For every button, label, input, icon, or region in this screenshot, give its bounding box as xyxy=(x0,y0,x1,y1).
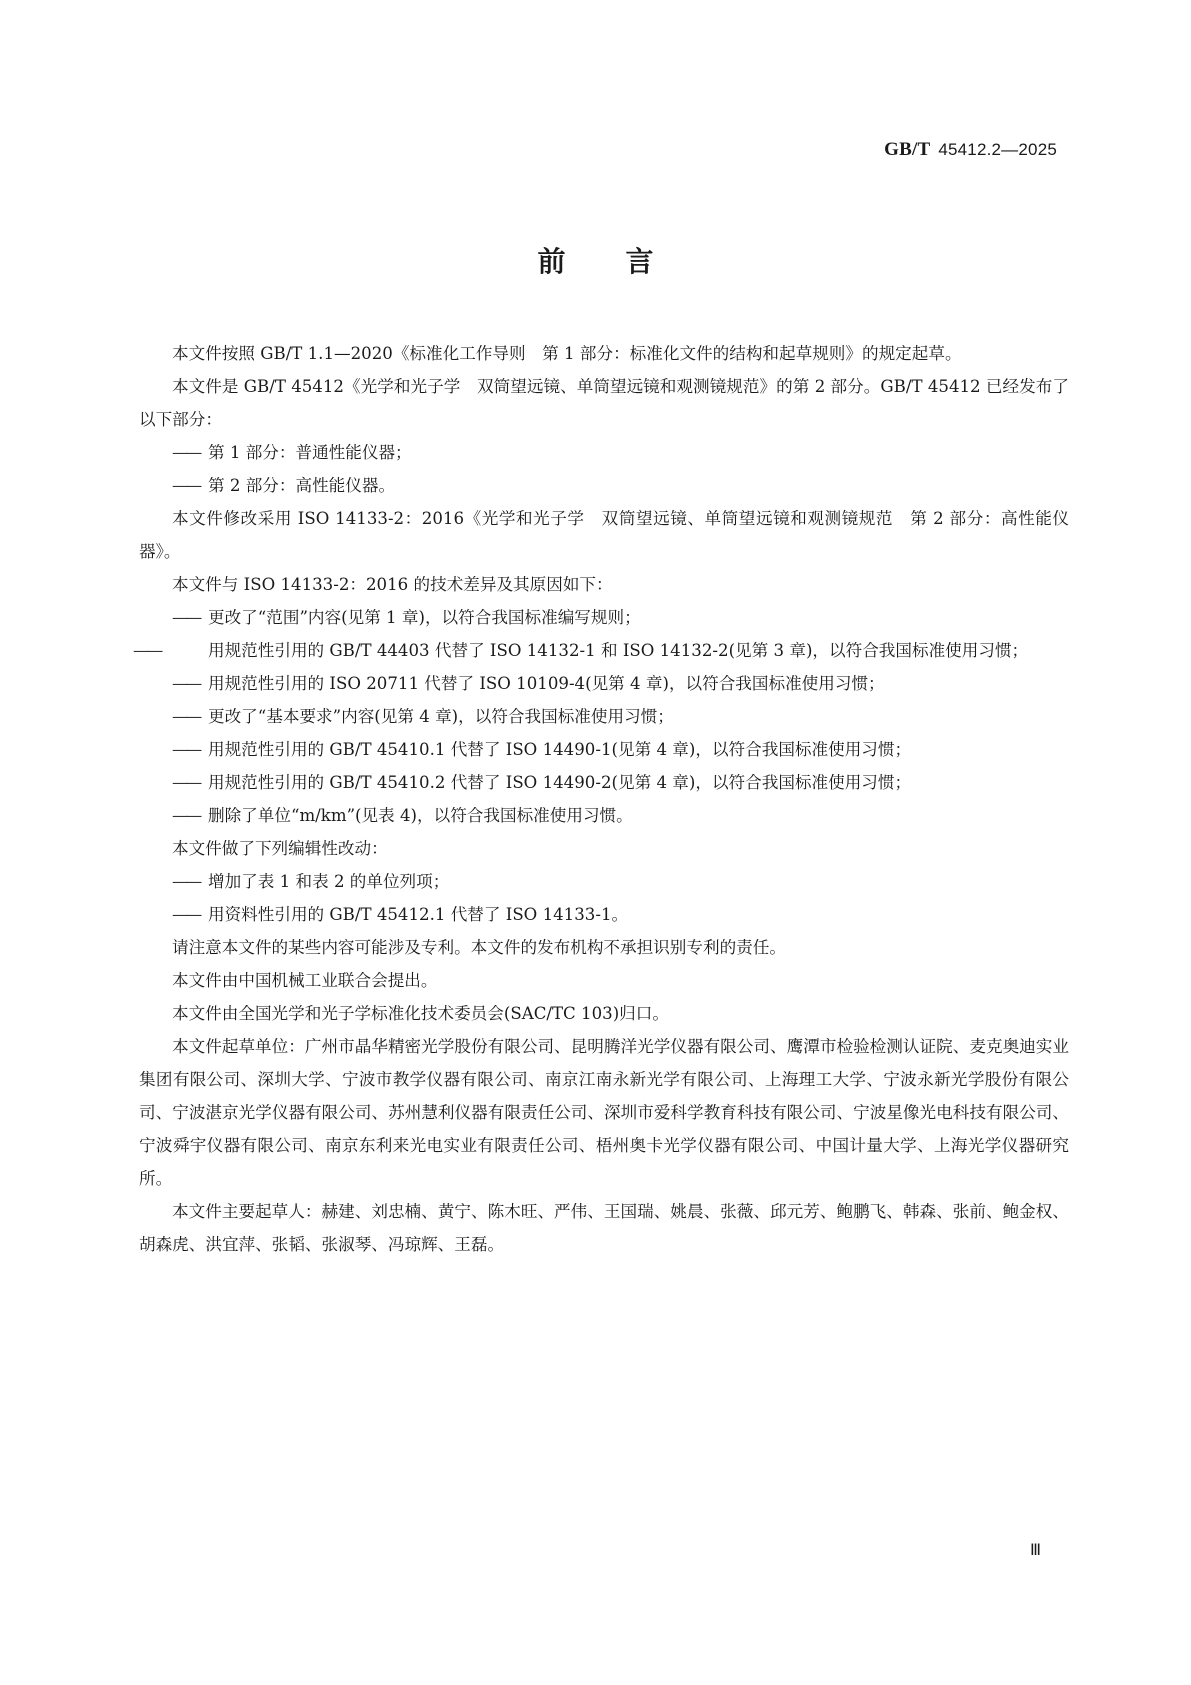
paragraph-drafting-rules: 本文件按照 GB/T 1.1—2020《标准化工作导则 第 1 部分：标准化文件… xyxy=(139,337,1069,370)
list-item: ——更改了“基本要求”内容(见第 4 章)，以符合我国标准使用习惯； xyxy=(139,700,1069,733)
list-item: ——用规范性引用的 GB/T 45410.1 代替了 ISO 14490-1(见… xyxy=(139,733,1069,766)
paragraph-patent-notice: 请注意本文件的某些内容可能涉及专利。本文件的发布机构不承担识别专利的责任。 xyxy=(139,931,1069,964)
dash-mark: —— xyxy=(172,634,208,667)
dash-mark: —— xyxy=(172,799,208,832)
list-item: ——增加了表 1 和表 2 的单位列项； xyxy=(139,865,1069,898)
paragraph-adoption: 本文件修改采用 ISO 14133-2：2016《光学和光子学 双筒望远镜、单筒… xyxy=(139,502,1069,568)
list-item: ——用规范性引用的 ISO 20711 代替了 ISO 10109-4(见第 4… xyxy=(139,667,1069,700)
standard-prefix: GB/T xyxy=(884,139,930,160)
dash-mark: —— xyxy=(172,865,208,898)
dash-mark: —— xyxy=(172,469,208,502)
dash-mark: —— xyxy=(172,766,208,799)
paragraph-series-info: 本文件是 GB/T 45412《光学和光子学 双筒望远镜、单筒望远镜和观测镜规范… xyxy=(139,370,1069,436)
dash-mark: —— xyxy=(172,667,208,700)
standard-code: GB/T45412.2—2025 xyxy=(884,139,1057,161)
dash-mark: —— xyxy=(172,733,208,766)
list-item: ——删除了单位“m/km”(见表 4)，以符合我国标准使用习惯。 xyxy=(139,799,1069,832)
list-item: ——用规范性引用的 GB/T 45410.2 代替了 ISO 14490-2(见… xyxy=(139,766,1069,799)
standard-number: 45412.2—2025 xyxy=(938,140,1057,159)
paragraph-drafting-units: 本文件起草单位：广州市晶华精密光学股份有限公司、昆明腾洋光学仪器有限公司、鹰潭市… xyxy=(139,1030,1069,1195)
dash-mark: —— xyxy=(172,700,208,733)
list-item: ——用规范性引用的 GB/T 44403 代替了 ISO 14132-1 和 I… xyxy=(139,634,1069,667)
paragraph-technical-differences: 本文件与 ISO 14133-2：2016 的技术差异及其原因如下： xyxy=(139,568,1069,601)
list-item: ——第 2 部分：高性能仪器。 xyxy=(139,469,1069,502)
page-title: 前言 xyxy=(0,240,1191,280)
paragraph-editorial-changes: 本文件做了下列编辑性改动： xyxy=(139,832,1069,865)
dash-mark: —— xyxy=(172,601,208,634)
list-item: ——用资料性引用的 GB/T 45412.1 代替了 ISO 14133-1。 xyxy=(139,898,1069,931)
paragraph-proposer: 本文件由中国机械工业联合会提出。 xyxy=(139,964,1069,997)
list-item: ——第 1 部分：普通性能仪器； xyxy=(139,436,1069,469)
foreword-body: 本文件按照 GB/T 1.1—2020《标准化工作导则 第 1 部分：标准化文件… xyxy=(139,337,1069,1261)
paragraph-drafters: 本文件主要起草人：赫建、刘忠楠、黄宁、陈木旺、严伟、王国瑞、姚晨、张薇、邱元芳、… xyxy=(139,1195,1069,1261)
paragraph-administrator: 本文件由全国光学和光子学标准化技术委员会(SAC/TC 103)归口。 xyxy=(139,997,1069,1030)
dash-mark: —— xyxy=(172,436,208,469)
dash-mark: —— xyxy=(172,898,208,931)
list-item: ——更改了“范围”内容(见第 1 章)，以符合我国标准编写规则； xyxy=(139,601,1069,634)
page-number: Ⅲ xyxy=(1030,1540,1041,1560)
